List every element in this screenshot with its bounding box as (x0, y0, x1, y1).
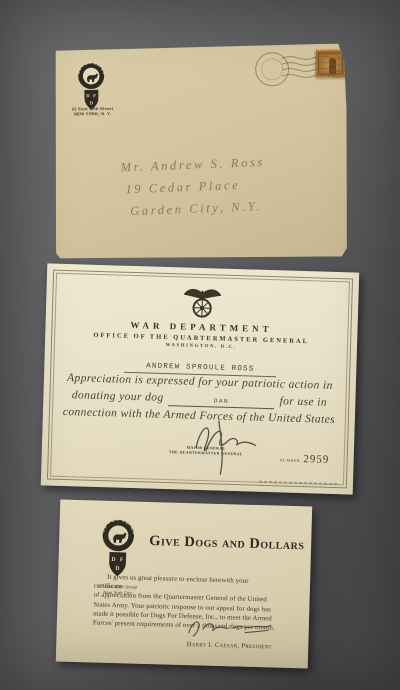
envelope: DOGS FOR DEFENSE D F D 22 East 60th Stre… (54, 43, 348, 259)
certificate-number-label: NUMBER (280, 457, 301, 463)
handwritten-address: Mr. Andrew S. Ross 19 Cedar Place Garden… (120, 149, 312, 222)
shield-letter-d1: D (86, 94, 90, 99)
body-line2-pre: donating your dog (72, 389, 164, 404)
shield-letter-f: F (93, 94, 96, 99)
body-line2-post: for use in (279, 395, 327, 408)
cancellation-lines-icon (282, 49, 348, 86)
certificate-number-value: 2959 (303, 453, 329, 466)
shield-letter-d2: D (115, 566, 119, 572)
envelope-return-address: 22 East 60th Street NEW YORK, N. Y. (68, 106, 118, 117)
give-dogs-and-dollars-card: DOGS FOR DEFENSE D F D 22 East 60th Stre… (56, 500, 312, 669)
war-department-certificate: WAR DEPARTMENT OFFICE OF THE QUARTERMAST… (41, 263, 359, 494)
shield-letter-f: F (120, 557, 124, 563)
photo-of-documents: DOGS FOR DEFENSE D F D 22 East 60th Stre… (0, 0, 400, 690)
return-address-line2: NEW YORK, N. Y. (68, 111, 118, 117)
quartermaster-eagle-icon (182, 283, 223, 320)
card-title: Give Dogs and Dollars (149, 533, 307, 554)
certificate-number: NUMBER 2959 (280, 452, 330, 465)
shield-letter-d1: D (111, 557, 115, 563)
president-signature-icon (184, 615, 275, 644)
